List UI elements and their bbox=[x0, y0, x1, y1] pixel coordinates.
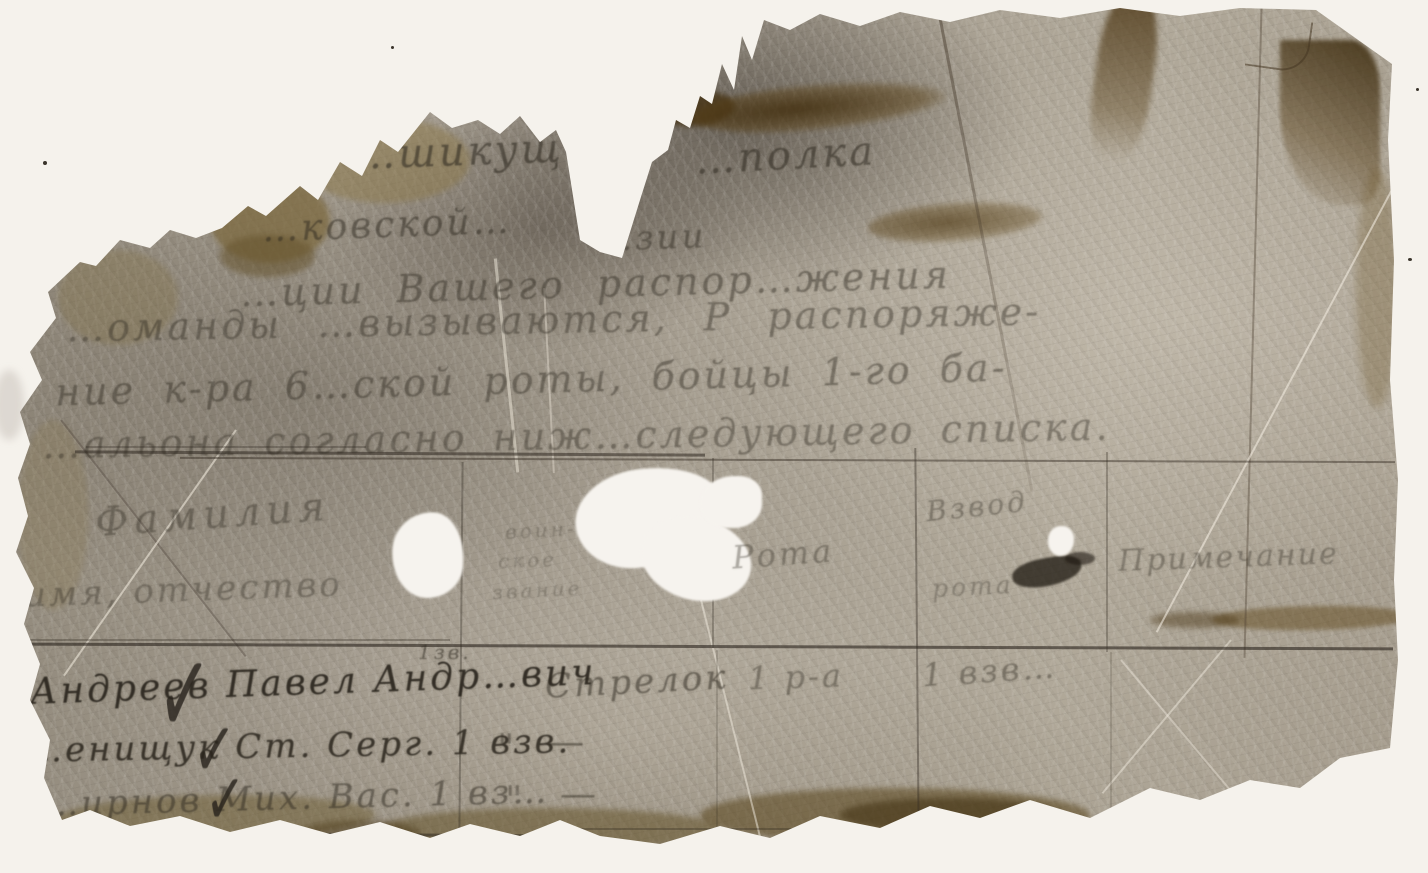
row1-company: 1 р-а bbox=[747, 656, 844, 697]
row2-ditto-mark: " bbox=[497, 726, 517, 770]
edge-stain bbox=[1356, 168, 1398, 408]
photo-backdrop: …шикущи… …полка …ковской… …зии …ции Ваше… bbox=[0, 0, 1428, 873]
row4-name: … bbox=[64, 818, 97, 853]
backdrop-speck bbox=[391, 46, 394, 49]
bottom-stain bbox=[300, 820, 420, 846]
handwriting-line1-left: …шикущи… bbox=[354, 123, 636, 179]
backdrop-speck bbox=[1408, 258, 1412, 261]
paper-hole bbox=[700, 476, 762, 528]
table-rule-bottom bbox=[125, 831, 565, 837]
header-platoon-line2: рота bbox=[931, 570, 1014, 603]
header-rank-line2: ское bbox=[498, 547, 558, 573]
header-rank-line3: звание bbox=[491, 576, 583, 605]
header-company: Рота bbox=[731, 531, 836, 576]
table-rule-bottom-faint bbox=[565, 828, 995, 830]
table-rule-header-bottom-extra bbox=[30, 639, 450, 641]
paper-fragment: …шикущи… …полка …ковской… …зии …ции Ваше… bbox=[0, 0, 1428, 873]
row2-dash: — bbox=[548, 722, 587, 763]
ink-blotch bbox=[1065, 552, 1095, 565]
handwriting-line2-left: …ковской… bbox=[261, 201, 512, 251]
header-rank-line1: воин- bbox=[504, 516, 577, 544]
backdrop-speck bbox=[43, 161, 47, 165]
row4-checkmark: ✓ bbox=[148, 803, 180, 865]
row1-platoon-note: 1зв. bbox=[418, 640, 472, 664]
row3-ditto-mark: " bbox=[505, 778, 525, 822]
backdrop-speck bbox=[1416, 88, 1419, 91]
backdrop-smudge bbox=[0, 370, 24, 440]
column-rule-4-lower bbox=[1110, 652, 1112, 822]
column-rule-4 bbox=[1106, 452, 1108, 652]
handwriting-line2-right: …зии bbox=[597, 216, 707, 260]
bottom-stain bbox=[840, 798, 1060, 832]
handwriting-line1-right: …полка bbox=[694, 128, 877, 183]
row3-dash: — bbox=[560, 774, 599, 815]
